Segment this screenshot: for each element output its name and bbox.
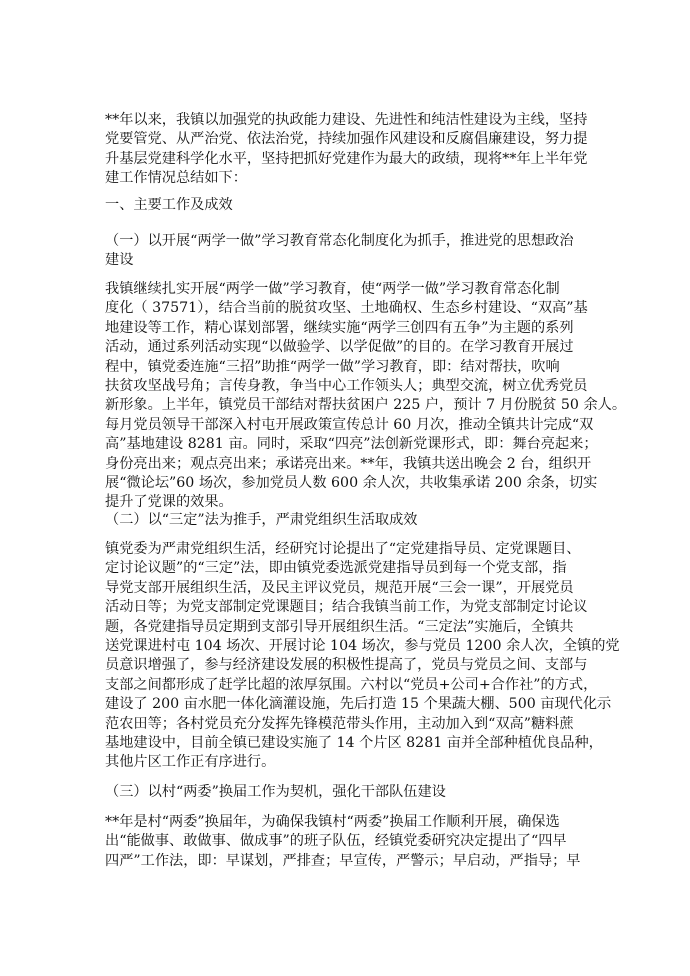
text-line: 展“微论坛”60 场次，参加党员人数 600 余人次，共收集承诺 200 余条，… [105, 474, 581, 493]
text-line: 范农田等；各村党员充分发挥先锋模范带头作用，主动加入到“双高”糖料蔗 [105, 715, 581, 734]
text-line: 新形象。上半年，镇党员干部结对帮扶贫困户 225 户，预计 7 月份脱贫 50 … [105, 396, 581, 415]
subsection-title: （三）以村“两委”换届工作为契机，强化干部队伍建设 [105, 783, 581, 802]
text-line: 活动，通过系列活动实现“以做验学、以学促做”的目的。在学习教育开展过 [105, 338, 581, 357]
subsection-3-heading: （三）以村“两委”换届工作为契机，强化干部队伍建设 [105, 783, 581, 802]
text-line: 党要管党、从严治党、依法治党，持续加强作风建设和反腐倡廉建设，努力提 [105, 130, 581, 149]
text-line: 定讨论议题”的“三定”法，即由镇党委选派党建指导员到每一个党支部，指 [105, 559, 581, 578]
text-line: 每月党员领导干部深入村屯开展政策宣传总计 60 月次，推动全镇共计完成“双 [105, 416, 581, 435]
section-title: 一、主要工作及成效 [105, 196, 581, 215]
text-line: **年以来，我镇以加强党的执政能力建设、先进性和纯洁性建设为主线，坚持 [105, 111, 581, 130]
text-line: 活动日等；为党支部制定党课题目；结合我镇当前工作，为党支部制定讨论议 [105, 598, 581, 617]
text-line: 支部之间都形成了赶学比超的浓厚氛围。六村以“党员+公司+合作社”的方式， [105, 676, 581, 695]
subsection-title: （二）以“三定”法为推手，严肃党组织生活取成效 [105, 511, 581, 530]
text-line: 送党课进村屯 104 场次、开展讨论 104 场次，参与党员 1200 余人次，… [105, 637, 581, 656]
intro-paragraph: **年以来，我镇以加强党的执政能力建设、先进性和纯洁性建设为主线，坚持 党要管党… [105, 111, 581, 189]
text-line: 题，各党建指导员定期到支部引导开展组织生活。“三定法”实施后，全镇共 [105, 618, 581, 637]
text-line: 扶贫攻坚战号角；言传身教，争当中心工作领头人；典型交流，树立优秀党员 [105, 377, 581, 396]
subsection-1-body: 我镇继续扎实开展“两学一做”学习教育，使“两学一做”学习教育常态化制 度化（ 3… [105, 280, 581, 513]
text-line: 高”基地建设 8281 亩。同时，采取“四亮”法创新党课形式，即：舞台亮起来； [105, 435, 581, 454]
section-heading: 一、主要工作及成效 [105, 196, 581, 215]
text-line: 地建设等工作，精心谋划部署，继续实施“两学三创四有五争”为主题的系列 [105, 319, 581, 338]
text-line: **年是村“两委”换届年，为确保我镇村“两委”换届工作顺利开展，确保选 [105, 813, 581, 832]
text-line: 提升了党课的效果。 [105, 493, 581, 512]
subsection-3-body: **年是村“两委”换届年，为确保我镇村“两委”换届工作顺利开展，确保选 出“能做… [105, 813, 581, 871]
text-line: 建设了 200 亩水肥一体化滴灌设施，先后打造 15 个果蔬大棚、500 亩现代… [105, 695, 581, 714]
text-line: 程中，镇党委连施“三招”助推“两学一做”学习教育，即：结对帮扶，吹响 [105, 358, 581, 377]
subsection-2-body: 镇党委为严肃党组织生活，经研究讨论提出了“定党建指导员、定党课题目、 定讨论议题… [105, 540, 581, 773]
text-line: 升基层党建科学化水平，坚持把抓好党建作为最大的政绩，现将**年上半年党 [105, 150, 581, 169]
subsection-title-line: （一）以开展“两学一做”学习教育常态化制度化为抓手，推进党的思想政治 [105, 232, 581, 251]
text-line: 导党支部开展组织生活，及民主评议党员，规范开展“三会一课”，开展党员 [105, 579, 581, 598]
text-line: 基地建设中，目前全镇已建设实施了 14 个片区 8281 亩并全部种植优良品种， [105, 734, 581, 753]
text-line: 度化（ 37571），结合当前的脱贫攻坚、土地确权、生态乡村建设、“双高”基 [105, 299, 581, 318]
text-line: 我镇继续扎实开展“两学一做”学习教育，使“两学一做”学习教育常态化制 [105, 280, 581, 299]
text-line: 出“能做事、敢做事、做成事”的班子队伍，经镇党委研究决定提出了“四早 [105, 832, 581, 851]
text-line: 建工作情况总结如下： [105, 169, 581, 188]
text-line: 其他片区工作正有序进行。 [105, 753, 581, 772]
text-line: 四严”工作法，即：早谋划，严排查；早宣传，严警示；早启动，严指导；早 [105, 852, 581, 871]
text-line: 镇党委为严肃党组织生活，经研究讨论提出了“定党建指导员、定党课题目、 [105, 540, 581, 559]
text-line: 员意识增强了，参与经济建设发展的积极性提高了，党员与党员之间、支部与 [105, 656, 581, 675]
subsection-2-heading: （二）以“三定”法为推手，严肃党组织生活取成效 [105, 511, 581, 530]
subsection-1-heading: （一）以开展“两学一做”学习教育常态化制度化为抓手，推进党的思想政治 建设 [105, 232, 581, 271]
subsection-title-line: 建设 [105, 251, 581, 270]
text-line: 身份亮出来；观点亮出来；承诺亮出来。**年，我镇共送出晚会 2 台，组织开 [105, 455, 581, 474]
document-page: **年以来，我镇以加强党的执政能力建设、先进性和纯洁性建设为主线，坚持 党要管党… [0, 0, 690, 976]
